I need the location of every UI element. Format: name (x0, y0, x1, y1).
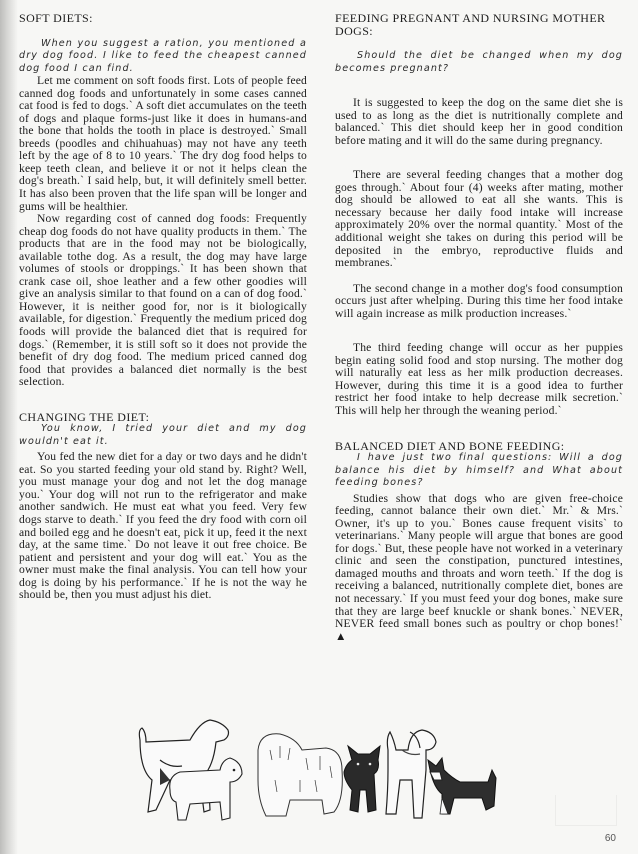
paragraph: The third feeding change will occur as h… (335, 342, 623, 417)
section-heading: SOFT DIETS: (19, 12, 307, 25)
section-heading: FEEDING PREGNANT AND NURSING MOTHER DOGS… (335, 12, 623, 37)
section-changing-diet: CHANGING THE DIET: You know, I tried you… (19, 411, 307, 602)
section-heading: CHANGING THE DIET: (19, 411, 307, 424)
french-bulldog-icon (344, 746, 380, 812)
page-number: 60 (605, 833, 616, 844)
sheepdog-dog-icon (258, 734, 342, 816)
paragraph: The second change in a mother dog's food… (335, 283, 623, 321)
paragraph: It is suggested to keep the dog on the s… (335, 97, 623, 147)
paragraph: Now regarding cost of canned dog foods: … (19, 213, 307, 389)
corgi-dog-icon (428, 758, 496, 814)
section-heading: BALANCED DIET AND BONE FEEDING: (335, 440, 623, 453)
section-pregnant-nursing: FEEDING PREGNANT AND NURSING MOTHER DOGS… (335, 12, 623, 418)
reader-question: You know, I tried your diet and my dog w… (19, 423, 307, 448)
right-column: FEEDING PREGNANT AND NURSING MOTHER DOGS… (335, 12, 623, 643)
magazine-page: SOFT DIETS: When you suggest a ration, y… (0, 0, 638, 854)
paragraph: Studies show that dogs who are given fre… (335, 493, 623, 644)
reader-question: I have just two final questions: Will a … (335, 452, 623, 490)
fox-terrier-dog-icon (386, 730, 436, 818)
bleed-through-artifact (555, 795, 617, 826)
paragraph: There are several feeding changes that a… (335, 169, 623, 269)
dog-breeds-illustration (130, 710, 510, 828)
section-balanced-bone: BALANCED DIET AND BONE FEEDING: I have j… (335, 440, 623, 644)
paragraph: You fed the new diet for a day or two da… (19, 451, 307, 602)
reader-question: When you suggest a ration, you mentioned… (19, 38, 307, 76)
left-column: SOFT DIETS: When you suggest a ration, y… (19, 12, 307, 602)
section-soft-diets: SOFT DIETS: When you suggest a ration, y… (19, 12, 307, 389)
paragraph: Let me comment on soft foods first. Lots… (19, 75, 307, 213)
reader-question: Should the diet be changed when my dog b… (335, 50, 623, 75)
